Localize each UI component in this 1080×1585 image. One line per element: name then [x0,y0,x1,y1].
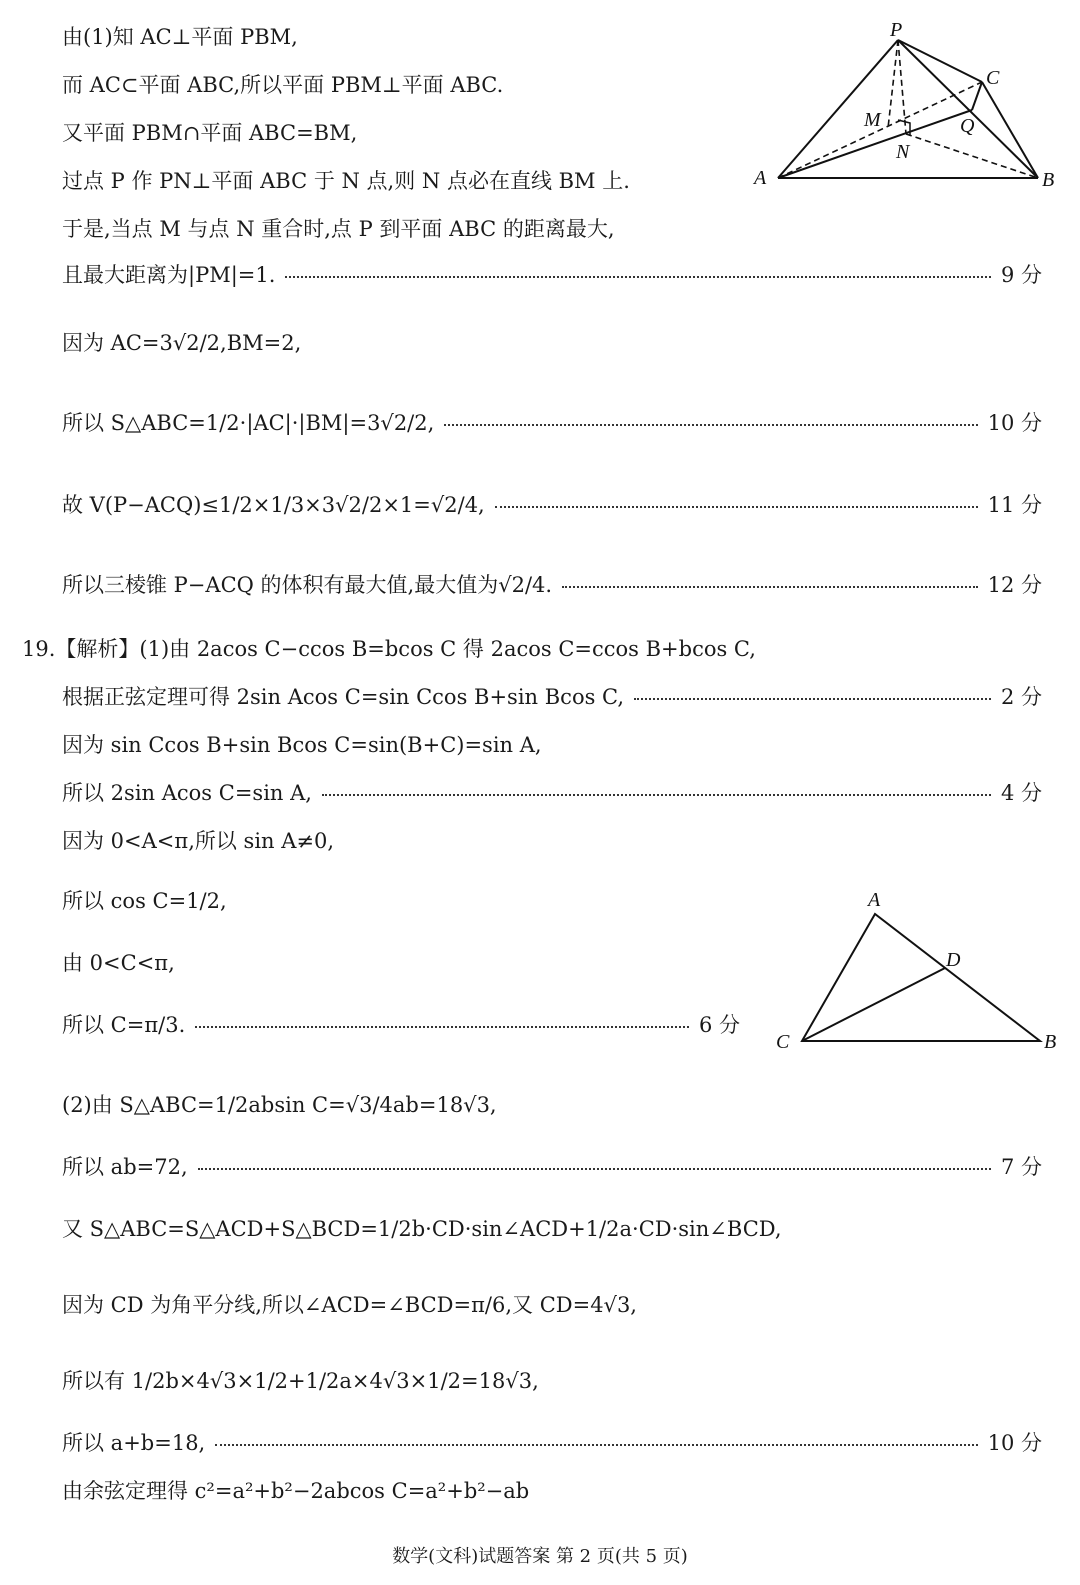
score: 7 分 [1001,1151,1042,1181]
leader-dots [495,506,978,508]
solution-line: 于是,当点 M 与点 N 重合时,点 P 到平面 ABC 的距离最大, [62,206,1042,250]
leader-dots [322,794,991,796]
solution-line: 所以 2sin Acos C=sin A,4 分 [62,770,1042,814]
solution-line: (2)由 S△ABC=1/2absin C=√3/4ab=18√3, [62,1082,1042,1126]
solution-line: 且最大距离为|PM|=1.9 分 [62,252,1042,296]
score: 10 分 [988,1427,1042,1457]
score: 10 分 [988,407,1042,437]
solution-line: 因为 CD 为角平分线,所以∠ACD=∠BCD=π/6,又 CD=4√3, [62,1282,1042,1326]
score: 11 分 [988,489,1042,519]
solution-line: 又 S△ABC=S△ACD+S△BCD=1/2b·CD·sin∠ACD+1/2a… [62,1206,1042,1250]
leader-dots [215,1444,977,1446]
label-b: B [1042,169,1054,191]
solution-line: 所以 S△ABC=1/2·|AC|·|BM|=3√2/2,10 分 [62,400,1042,444]
solution-line: 由余弦定理得 c²=a²+b²−2abcos C=a²+b²−ab [62,1468,1042,1512]
score: 6 分 [699,1009,740,1039]
leader-dots [444,424,977,426]
label-b: B [1044,1031,1056,1050]
solution-line: 所以 C=π/3.6 分 [62,1002,740,1046]
score: 9 分 [1001,259,1042,289]
solution-line: 所以三棱锥 P−ACQ 的体积有最大值,最大值为√2/4.12 分 [62,562,1042,606]
label-c: C [776,1031,790,1050]
page-footer: 数学(文科)试题答案 第 2 页(共 5 页) [0,1542,1080,1568]
solution-line: 故 V(P−ACQ)≤1/2×1/3×3√2/2×1=√2/4,11 分 [62,482,1042,526]
score: 4 分 [1001,777,1042,807]
leader-dots [198,1168,991,1170]
solution-line: 所以 ab=72,7 分 [62,1144,1042,1188]
leader-dots [285,276,991,278]
solution-line: 所以 a+b=18,10 分 [62,1420,1042,1464]
solution-line: 所以 cos C=1/2, [62,878,1042,922]
solution-line: 由(1)知 AC⊥平面 PBM, [62,14,1042,58]
solution-line: 而 AC⊂平面 ABC,所以平面 PBM⊥平面 ABC. [62,62,1042,106]
solution-line: 根据正弦定理可得 2sin Acos C=sin Ccos B+sin Bcos… [62,674,1042,718]
score: 12 分 [988,569,1042,599]
solution-line: 由 0<C<π, [62,940,1042,984]
score: 2 分 [1001,681,1042,711]
solution-line: 因为 AC=3√2/2,BM=2, [62,320,1042,364]
leader-dots [634,698,991,700]
question-19-header: 19.【解析】(1)由 2acos C−ccos B=bcos C 得 2aco… [22,626,1042,670]
solution-line: 因为 0<A<π,所以 sin A≠0, [62,818,1042,862]
solution-line: 过点 P 作 PN⊥平面 ABC 于 N 点,则 N 点必在直线 BM 上. [62,158,1042,202]
solution-line: 所以有 1/2b×4√3×1/2+1/2a×4√3×1/2=18√3, [62,1358,1042,1402]
solution-line: 又平面 PBM∩平面 ABC=BM, [62,110,1042,154]
leader-dots [195,1026,689,1028]
leader-dots [562,586,978,588]
solution-line: 因为 sin Ccos B+sin Bcos C=sin(B+C)=sin A, [62,722,1042,766]
